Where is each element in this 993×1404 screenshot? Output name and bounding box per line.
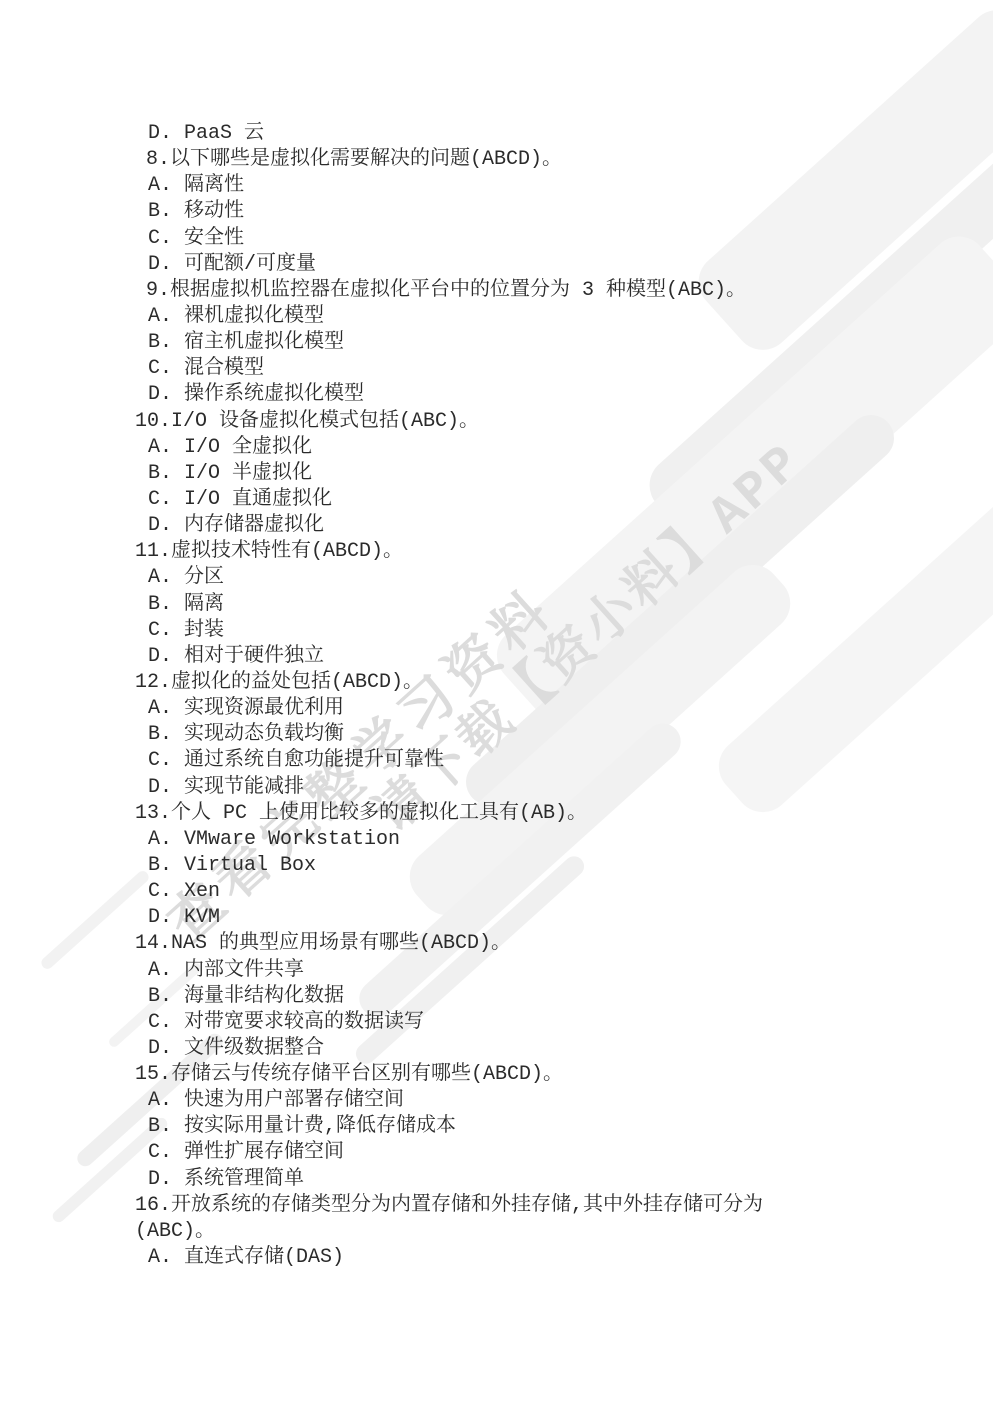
- text-line: 13.个人 PC 上使用比较多的虚拟化工具有(AB)。: [0, 801, 993, 827]
- text-line: (ABC)。: [0, 1219, 993, 1245]
- text-line: B. 宿主机虚拟化模型: [0, 330, 993, 356]
- document-page: 查看完整学习资料 请下载【资小料】APP D. PaaS 云8.以下哪些是虚拟化…: [0, 0, 993, 1404]
- text-line: B. I/O 半虚拟化: [0, 461, 993, 487]
- text-line: 10.I/O 设备虚拟化模式包括(ABC)。: [0, 409, 993, 435]
- text-line: A. I/O 全虚拟化: [0, 435, 993, 461]
- text-line: 9.根据虚拟机监控器在虚拟化平台中的位置分为 3 种模型(ABC)。: [0, 278, 993, 304]
- text-line: C. I/O 直通虚拟化: [0, 487, 993, 513]
- text-line: A. 隔离性: [0, 173, 993, 199]
- text-line: D. 可配额/可度量: [0, 252, 993, 278]
- text-line: A. 实现资源最优利用: [0, 696, 993, 722]
- text-line: C. 混合模型: [0, 356, 993, 382]
- text-line: 16.开放系统的存储类型分为内置存储和外挂存储,其中外挂存储可分为: [0, 1193, 993, 1219]
- text-line: B. Virtual Box: [0, 853, 993, 879]
- text-line: A. 直连式存储(DAS): [0, 1245, 993, 1271]
- text-line: D. KVM: [0, 905, 993, 931]
- text-line: 8.以下哪些是虚拟化需要解决的问题(ABCD)。: [0, 147, 993, 173]
- text-line: D. 实现节能减排: [0, 775, 993, 801]
- text-line: D. 操作系统虚拟化模型: [0, 382, 993, 408]
- question-list: D. PaaS 云8.以下哪些是虚拟化需要解决的问题(ABCD)。A. 隔离性B…: [0, 121, 993, 1271]
- text-line: C. 安全性: [0, 226, 993, 252]
- text-line: A. 内部文件共享: [0, 958, 993, 984]
- text-line: B. 海量非结构化数据: [0, 984, 993, 1010]
- text-line: B. 隔离: [0, 592, 993, 618]
- text-line: C. Xen: [0, 879, 993, 905]
- text-line: B. 移动性: [0, 199, 993, 225]
- text-line: C. 通过系统自愈功能提升可靠性: [0, 748, 993, 774]
- text-line: 14.NAS 的典型应用场景有哪些(ABCD)。: [0, 931, 993, 957]
- text-line: B. 按实际用量计费,降低存储成本: [0, 1114, 993, 1140]
- text-line: C. 弹性扩展存储空间: [0, 1140, 993, 1166]
- text-line: D. 文件级数据整合: [0, 1036, 993, 1062]
- text-line: 11.虚拟技术特性有(ABCD)。: [0, 539, 993, 565]
- text-line: D. PaaS 云: [0, 121, 993, 147]
- text-line: C. 对带宽要求较高的数据读写: [0, 1010, 993, 1036]
- text-line: D. 系统管理简单: [0, 1167, 993, 1193]
- text-line: D. 内存储器虚拟化: [0, 513, 993, 539]
- text-line: D. 相对于硬件独立: [0, 644, 993, 670]
- text-line: A. VMware Workstation: [0, 827, 993, 853]
- text-line: 12.虚拟化的益处包括(ABCD)。: [0, 670, 993, 696]
- text-line: A. 分区: [0, 565, 993, 591]
- text-line: A. 裸机虚拟化模型: [0, 304, 993, 330]
- text-line: 15.存储云与传统存储平台区别有哪些(ABCD)。: [0, 1062, 993, 1088]
- text-line: B. 实现动态负载均衡: [0, 722, 993, 748]
- text-line: C. 封装: [0, 618, 993, 644]
- text-line: A. 快速为用户部署存储空间: [0, 1088, 993, 1114]
